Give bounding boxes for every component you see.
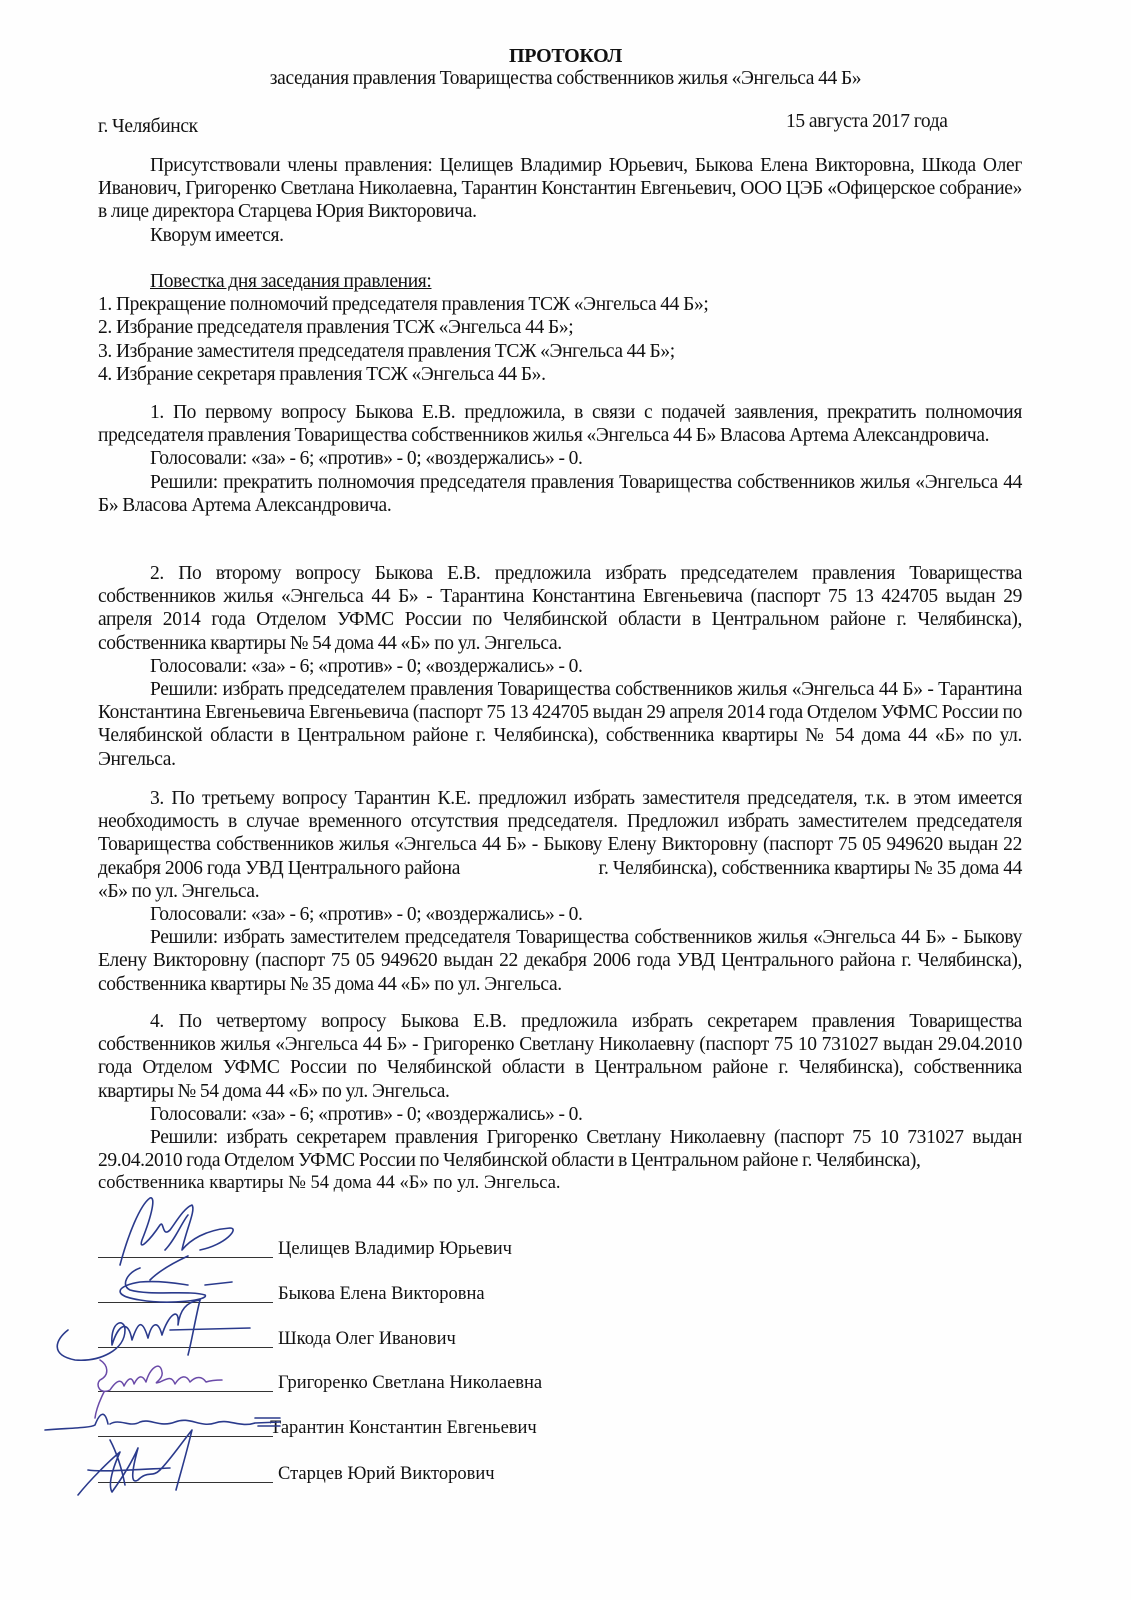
agenda-item: 3. Избрание заместителя председателя пра… bbox=[98, 340, 1022, 363]
decision-text: Решили: прекратить полномочия председате… bbox=[98, 471, 1022, 517]
signature-row: Шкода Олег Иванович bbox=[98, 1320, 698, 1350]
attendance-section: Присутствовали члены правления: Целищев … bbox=[98, 154, 1022, 247]
document-page: ПРОТОКОЛ заседания правления Товариществ… bbox=[0, 0, 1131, 1600]
question-3: 3. По третьему вопросу Тарантин К.Е. пре… bbox=[98, 787, 1022, 996]
signature-line bbox=[98, 1482, 273, 1483]
signatory-name: Целищев Владимир Юрьевич bbox=[278, 1239, 512, 1260]
question-4: 4. По четвертому вопросу Быкова Е.В. пре… bbox=[98, 1010, 1022, 1196]
city: г. Челябинск bbox=[98, 116, 198, 138]
decision-text: Решили: избрать заместителем председател… bbox=[98, 926, 1022, 996]
proposal-text: 3. По третьему вопросу Тарантин К.Е. пре… bbox=[98, 787, 1022, 903]
signature-row: Быкова Елена Викторовна bbox=[98, 1275, 698, 1305]
proposal-text: 4. По четвертому вопросу Быкова Е.В. пре… bbox=[98, 1010, 1022, 1103]
proposal-text: 1. По первому вопросу Быкова Е.В. предло… bbox=[98, 401, 1022, 447]
agenda-item: 1. Прекращение полномочий председателя п… bbox=[98, 293, 1022, 316]
decision-text: Решили: избрать секретарем правления Гри… bbox=[98, 1126, 1022, 1172]
decision-tail: собственника квартиры № 54 дома 44 «Б» п… bbox=[98, 1172, 1022, 1195]
agenda-item: 2. Избрание председателя правления ТСЖ «… bbox=[98, 316, 1022, 339]
document-subtitle: заседания правления Товарищества собстве… bbox=[0, 68, 1131, 90]
attendance-text: Присутствовали члены правления: Целищев … bbox=[98, 154, 1022, 224]
signature-row: Тарантин Константин Евгеньевич bbox=[98, 1409, 698, 1439]
agenda-item: 4. Избрание секретаря правления ТСЖ «Энг… bbox=[98, 363, 1022, 386]
vote-text: Голосовали: «за» - 6; «против» - 0; «воз… bbox=[98, 1103, 1022, 1126]
signature-line bbox=[98, 1302, 273, 1303]
signatory-name: Быкова Елена Викторовна bbox=[278, 1284, 485, 1305]
vote-text: Голосовали: «за» - 6; «против» - 0; «воз… bbox=[98, 903, 1022, 926]
signature-line bbox=[98, 1257, 273, 1258]
signatory-name: Шкода Олег Иванович bbox=[278, 1329, 456, 1350]
question-1: 1. По первому вопросу Быкова Е.В. предло… bbox=[98, 401, 1022, 517]
signature-row: Старцев Юрий Викторович bbox=[98, 1455, 698, 1485]
question-2: 2. По второму вопросу Быкова Е.В. предло… bbox=[98, 562, 1022, 771]
quorum-text: Кворум имеется. bbox=[98, 224, 1022, 247]
vote-text: Голосовали: «за» - 6; «против» - 0; «воз… bbox=[98, 655, 1022, 678]
date: 15 августа 2017 года bbox=[786, 111, 948, 133]
vote-text: Голосовали: «за» - 6; «против» - 0; «воз… bbox=[98, 447, 1022, 470]
proposal-text: 2. По второму вопросу Быкова Е.В. предло… bbox=[98, 562, 1022, 655]
document-title: ПРОТОКОЛ bbox=[0, 45, 1131, 68]
signature-line bbox=[98, 1436, 273, 1437]
decision-text: Решили: избрать председателем правления … bbox=[98, 678, 1022, 771]
signature-line bbox=[98, 1347, 273, 1348]
signature-line bbox=[98, 1391, 273, 1392]
signatory-name: Григоренко Светлана Николаевна bbox=[278, 1373, 542, 1394]
signature-row: Целищев Владимир Юрьевич bbox=[98, 1230, 698, 1260]
signatory-name: Старцев Юрий Викторович bbox=[278, 1464, 495, 1485]
signatory-name: Тарантин Константин Евгеньевич bbox=[270, 1418, 537, 1439]
agenda-heading: Повестка дня заседания правления: bbox=[150, 271, 431, 292]
agenda-section: Повестка дня заседания правления: 1. Пре… bbox=[98, 270, 1022, 386]
signature-row: Григоренко Светлана Николаевна bbox=[98, 1364, 698, 1394]
